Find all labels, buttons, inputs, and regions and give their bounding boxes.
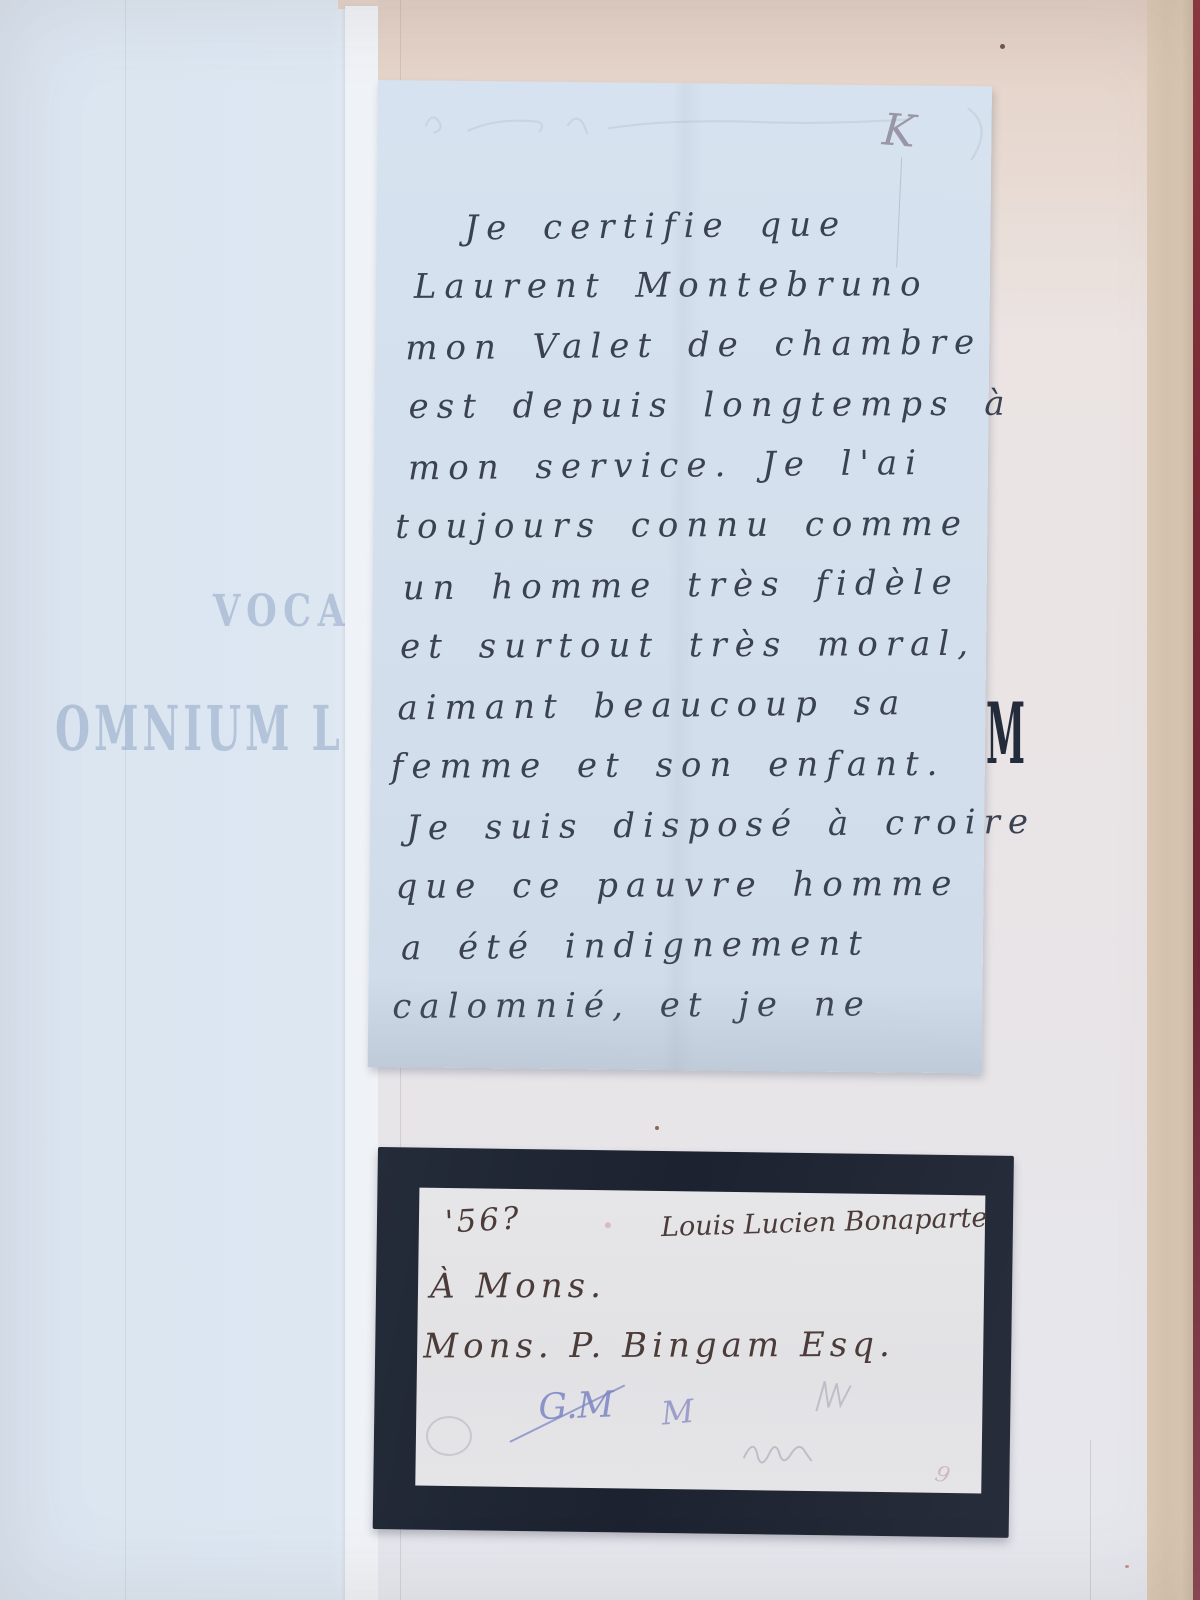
paper-speck xyxy=(655,1126,659,1130)
letter-line: toujours connu comme xyxy=(395,494,987,557)
flyleaf-crease xyxy=(125,0,126,1600)
envelope-address-panel: '56? Louis Lucien Bonaparte À Mons. Mons… xyxy=(415,1188,985,1494)
showthrough-title-line2: OMNIUM LIN xyxy=(55,692,378,765)
letter-line: est depuis longtemps à xyxy=(408,374,988,437)
letter-line: femme et son enfant. xyxy=(391,734,985,797)
letter-line: mon Valet de chambre xyxy=(405,312,990,378)
letter-line: et surtout très moral, xyxy=(400,614,986,677)
letter-line: mon service. Je l'ai xyxy=(408,432,989,498)
graphite-scribble xyxy=(738,1428,839,1469)
letter-line: a été indignement xyxy=(401,912,984,978)
letter-line: Laurent Montebruno xyxy=(414,254,990,317)
envelope-address-line2: Mons. P. Bingam Esq. xyxy=(423,1325,983,1367)
letter-sheet: K Je certifie que Laurent Montebruno mon… xyxy=(368,80,992,1073)
book-cover-edge xyxy=(1193,0,1200,1600)
pink-speck xyxy=(605,1222,611,1228)
blue-pencil-letter: M xyxy=(660,1392,696,1433)
printed-letter-fragment: M xyxy=(986,692,1025,776)
letter-line: un homme très fidèle xyxy=(402,552,987,618)
letter-line: aimant beaucoup sa xyxy=(397,672,986,738)
envelope-top-row: '56? Louis Lucien Bonaparte xyxy=(419,1188,986,1246)
letter-line: calomnié, et je ne xyxy=(392,974,982,1037)
letter-body: Je certifie que Laurent Montebruno mon V… xyxy=(368,80,992,1038)
letter-line: que ce pauvre homme xyxy=(395,854,983,917)
page-edge-line xyxy=(1090,1440,1091,1600)
faint-pencil-squiggle: 9 xyxy=(933,1462,953,1490)
envelope-year-note: '56? xyxy=(444,1200,522,1240)
embossed-circle-mark xyxy=(426,1416,473,1457)
graphite-scribble xyxy=(806,1371,897,1422)
left-flyleaf: VOCABU OMNIUM LIN xyxy=(0,0,378,1600)
mourning-envelope: '56? Louis Lucien Bonaparte À Mons. Mons… xyxy=(373,1147,1014,1538)
book-photo: M VOCABU OMNIUM LIN K Je certifie que La… xyxy=(0,0,1200,1600)
letter-line: Je suis disposé à croire xyxy=(406,792,985,858)
page-block-edge xyxy=(1147,0,1193,1600)
paper-speck xyxy=(1125,1565,1129,1568)
envelope-sender-name: Louis Lucien Bonaparte xyxy=(660,1202,987,1243)
paper-speck xyxy=(1000,44,1005,49)
envelope-address-line1: À Mons. xyxy=(430,1265,984,1307)
letter-line: Je certifie que xyxy=(464,193,991,259)
